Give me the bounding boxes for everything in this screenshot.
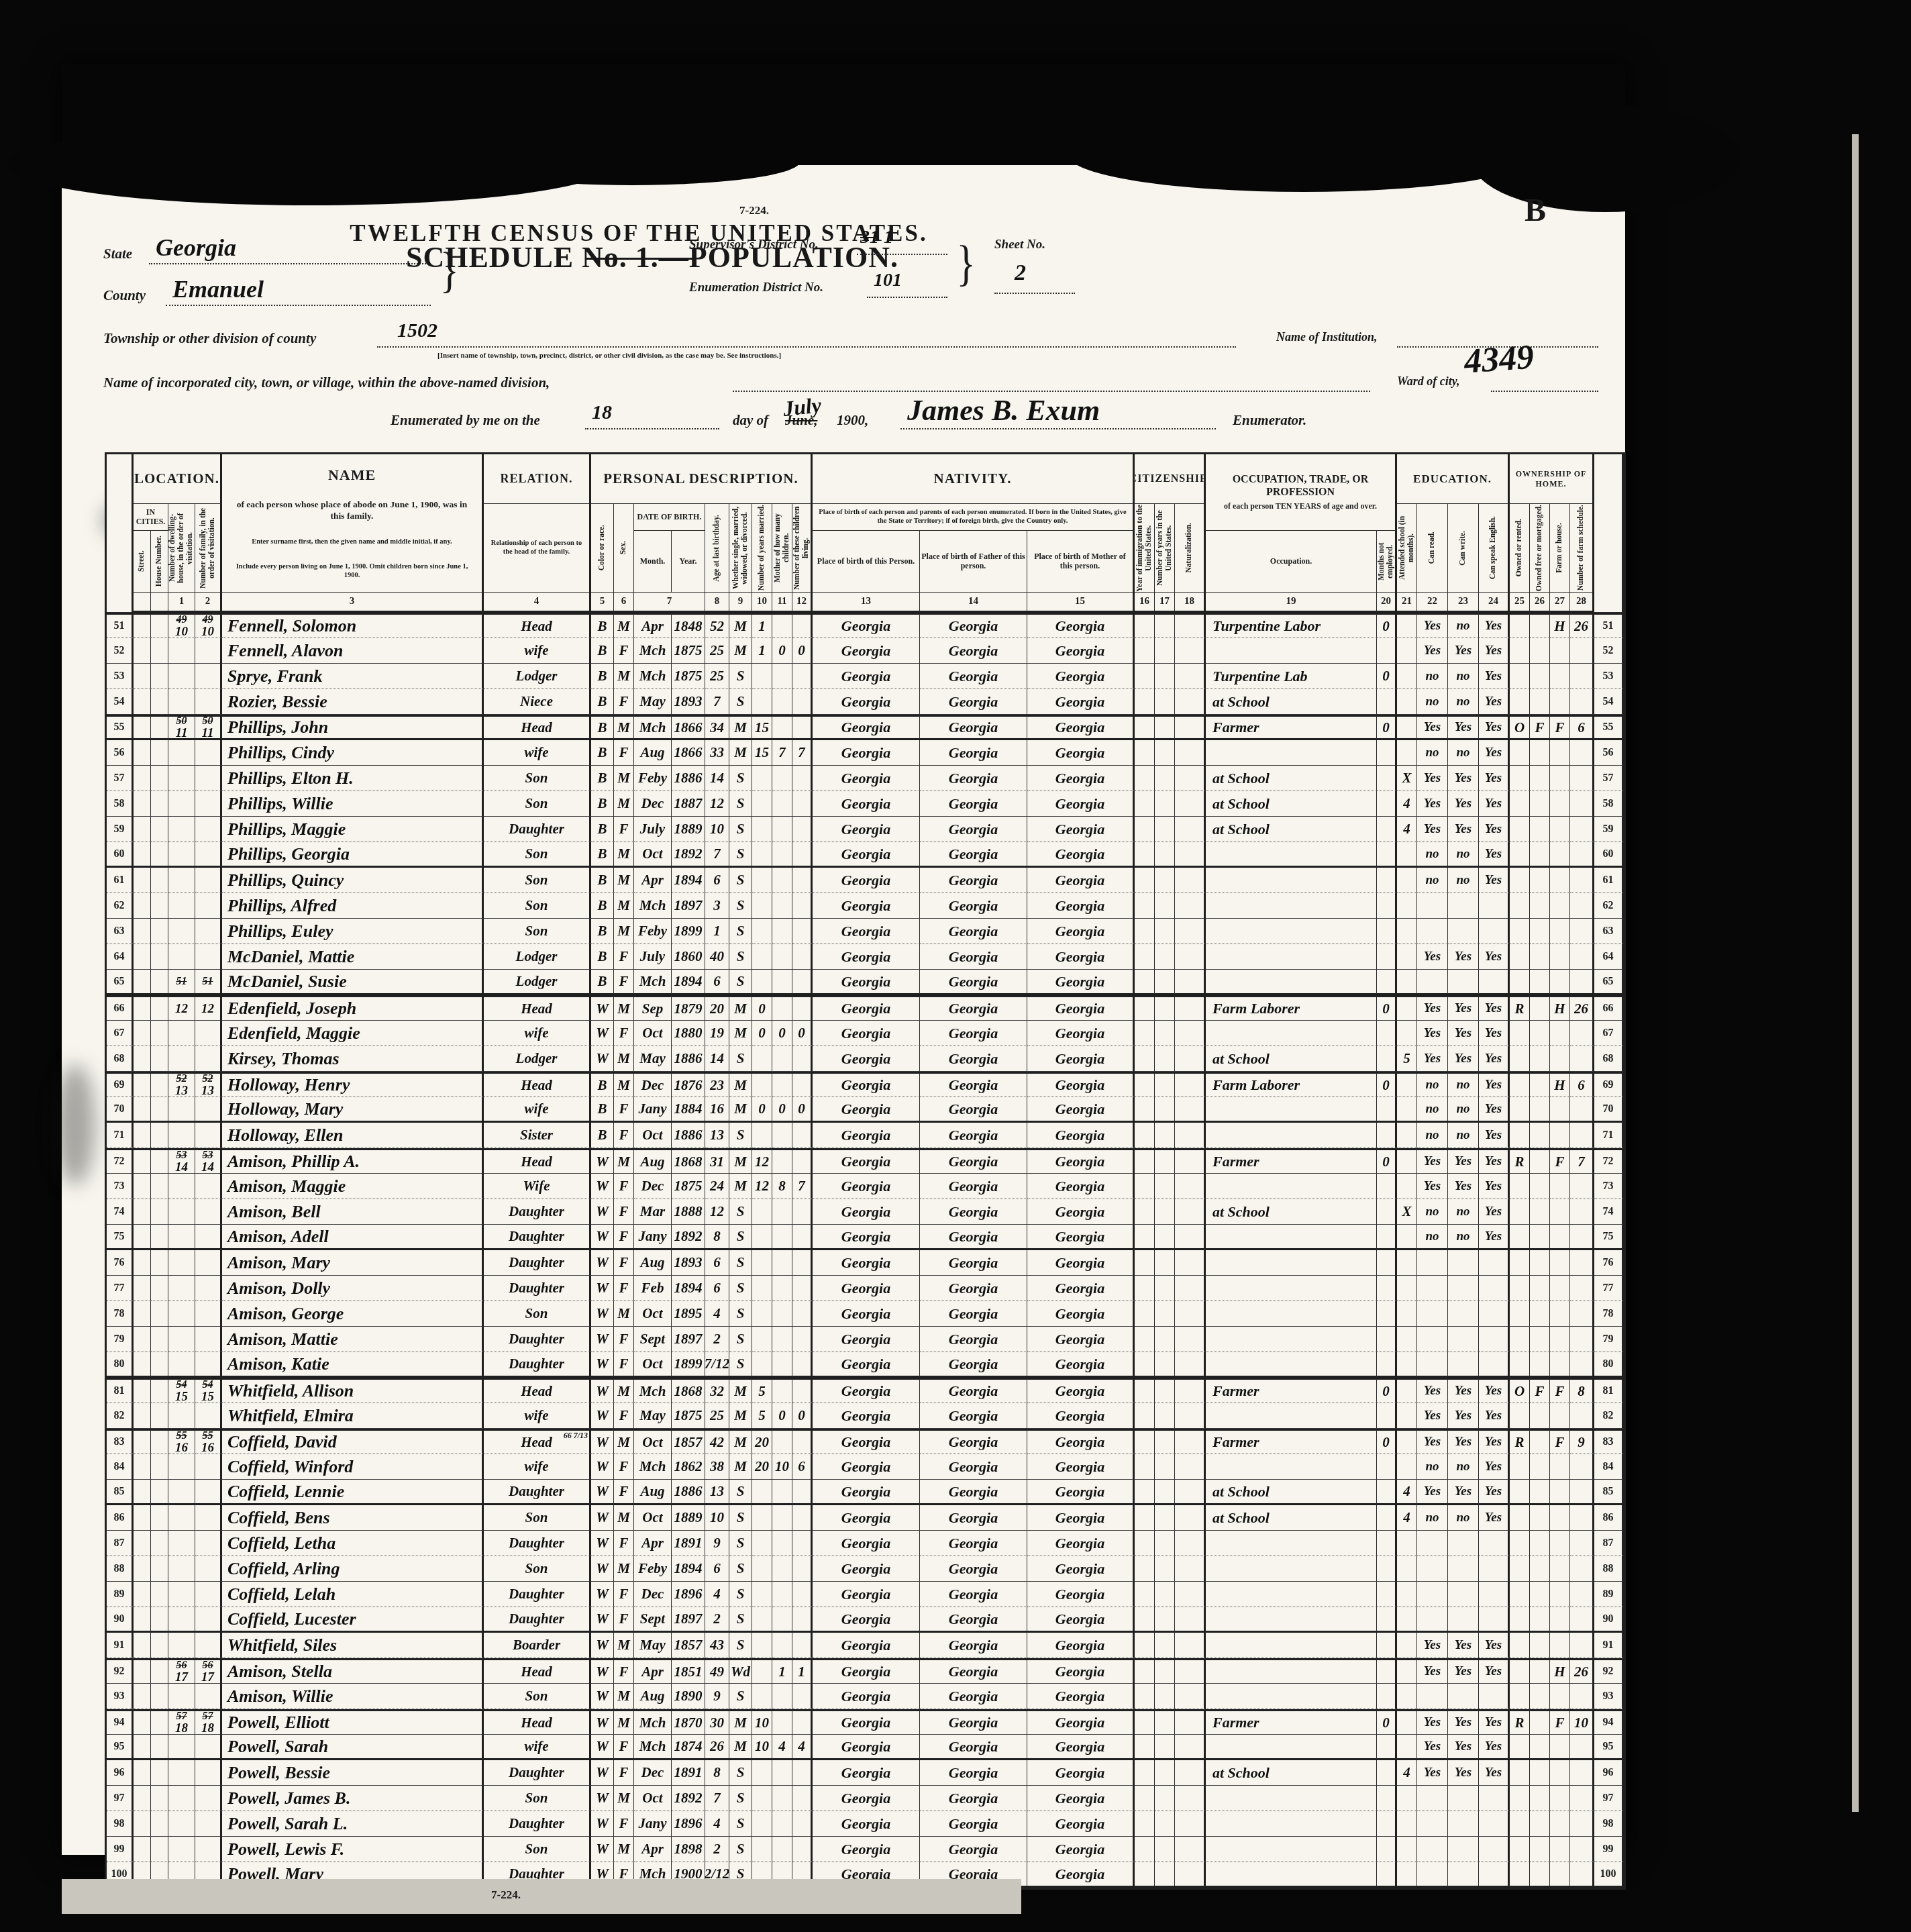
cell-birth-month: May xyxy=(634,1046,672,1072)
line-number-right: 75 xyxy=(1594,1225,1624,1250)
cell-occupation: at School xyxy=(1206,689,1377,715)
cell-years-married: 20 xyxy=(752,1429,772,1454)
cell-street xyxy=(134,868,151,893)
cell-naturalization xyxy=(1175,1352,1206,1378)
cell-house-number xyxy=(151,766,168,791)
dwelling-old: 53 xyxy=(176,1150,187,1161)
cell-can-read xyxy=(1417,1607,1448,1633)
cell-months-not-employed xyxy=(1377,1301,1397,1327)
cell-age: 26 xyxy=(705,1735,729,1760)
cell-birthplace-mother: Georgia xyxy=(1027,970,1135,995)
cell-farm-schedule xyxy=(1570,817,1594,842)
cell-name: Phillips, Alfred xyxy=(222,893,484,919)
cell-street xyxy=(134,817,151,842)
cell-name: Powell, Sarah L. xyxy=(222,1811,484,1837)
cell-occupation xyxy=(1206,638,1377,664)
cell-birthplace-father: Georgia xyxy=(920,1301,1027,1327)
cell-immigration-year xyxy=(1135,1378,1155,1403)
cell-owned-rented xyxy=(1510,1123,1530,1148)
cell-occupation xyxy=(1206,1582,1377,1607)
header-attended-school-label: Attended school (in months). xyxy=(1398,504,1416,592)
cell-naturalization xyxy=(1175,1148,1206,1174)
header-years-married: Number of years married. xyxy=(752,504,772,593)
column-number-16: 16 xyxy=(1135,593,1155,613)
cell-farm-schedule xyxy=(1570,944,1594,970)
cell-farm-schedule xyxy=(1570,1097,1594,1123)
cell-age: 52 xyxy=(705,613,729,638)
cell-sex: M xyxy=(614,1046,634,1072)
cell-immigration-year xyxy=(1135,1684,1155,1709)
cell-can-speak-english xyxy=(1479,1327,1510,1352)
cell-marital-status: S xyxy=(729,817,752,842)
cell-years-in-us xyxy=(1155,1072,1175,1097)
cell-farm-schedule xyxy=(1570,1276,1594,1301)
cell-relation: Son xyxy=(484,1837,591,1862)
cell-naturalization xyxy=(1175,689,1206,715)
cell-birthplace-person: Georgia xyxy=(813,664,920,689)
cell-owned-free-mortgaged xyxy=(1530,1352,1550,1378)
cell-birth-year: 1857 xyxy=(672,1633,705,1658)
cell-can-write: Yes xyxy=(1448,766,1479,791)
dwelling-old: 51 xyxy=(176,976,187,987)
cell-street xyxy=(134,1582,151,1607)
cell-house-number xyxy=(151,638,168,664)
ward-line xyxy=(1491,391,1598,392)
header-can-speak-english-label: Can speak English. xyxy=(1489,516,1498,579)
dwelling-old: 57 xyxy=(176,1711,187,1722)
cell-farm-or-house xyxy=(1550,1582,1570,1607)
line-number-right: 73 xyxy=(1594,1174,1624,1199)
cell-can-write: no xyxy=(1448,868,1479,893)
cell-name: Phillips, Elton H. xyxy=(222,766,484,791)
cell-street xyxy=(134,1072,151,1097)
cell-birth-month: Oct xyxy=(634,1786,672,1811)
cell-birthplace-father: Georgia xyxy=(920,1225,1027,1250)
cell-years-in-us xyxy=(1155,1352,1175,1378)
line-number-right: 62 xyxy=(1594,893,1624,919)
cell-age: 8 xyxy=(705,1760,729,1786)
cell-years-in-us xyxy=(1155,1174,1175,1199)
column-number-26: 26 xyxy=(1530,593,1550,613)
cell-mother-of-children xyxy=(772,1276,792,1301)
cell-relation: wife xyxy=(484,740,591,766)
cell-color-race: W xyxy=(591,1276,614,1301)
cell-can-write: Yes xyxy=(1448,817,1479,842)
cell-years-in-us xyxy=(1155,1811,1175,1837)
cell-occupation xyxy=(1206,919,1377,944)
cell-years-married xyxy=(752,868,772,893)
cell-naturalization xyxy=(1175,1735,1206,1760)
cell-immigration-year xyxy=(1135,1250,1155,1276)
county-value: Emanuel xyxy=(172,275,264,303)
cell-name: Amison, Stella xyxy=(222,1658,484,1684)
cell-birthplace-person: Georgia xyxy=(813,1301,920,1327)
line-number: 95 xyxy=(107,1735,134,1760)
cell-birth-month: May xyxy=(634,1633,672,1658)
cell-immigration-year xyxy=(1135,1403,1155,1429)
cell-sex: M xyxy=(614,766,634,791)
cell-owned-rented xyxy=(1510,1556,1530,1582)
cell-birthplace-mother: Georgia xyxy=(1027,1148,1135,1174)
cell-months-not-employed xyxy=(1377,1658,1397,1684)
cell-birthplace-mother: Georgia xyxy=(1027,1837,1135,1862)
cell-birth-month: Apr xyxy=(634,868,672,893)
cell-name: Amison, Maggie xyxy=(222,1174,484,1199)
cell-naturalization xyxy=(1175,1429,1206,1454)
cell-birth-year: 1898 xyxy=(672,1837,705,1862)
cell-relation: Daughter xyxy=(484,1607,591,1633)
cell-birthplace-person: Georgia xyxy=(813,893,920,919)
cell-birth-month: Apr xyxy=(634,1837,672,1862)
cell-years-in-us xyxy=(1155,1148,1175,1174)
cell-years-married: 0 xyxy=(752,995,772,1021)
cell-name: Coffield, Lennie xyxy=(222,1480,484,1505)
cell-dwelling-number xyxy=(168,638,195,664)
cell-birthplace-mother: Georgia xyxy=(1027,1480,1135,1505)
cell-color-race: W xyxy=(591,1327,614,1352)
cell-birth-year: 1894 xyxy=(672,1276,705,1301)
cell-sex: F xyxy=(614,1123,634,1148)
cell-children-living xyxy=(792,1199,813,1225)
census-table: LOCATION.IN CITIES.Street.House Number.N… xyxy=(105,452,1626,1890)
cell-sex: M xyxy=(614,1429,634,1454)
line-number-right: 57 xyxy=(1594,766,1624,791)
cell-birth-month: Jany xyxy=(634,1811,672,1837)
cell-family-number xyxy=(195,1684,222,1709)
cell-can-write xyxy=(1448,1276,1479,1301)
cell-farm-or-house xyxy=(1550,1276,1570,1301)
line-number: 94 xyxy=(107,1709,134,1735)
cell-owned-rented: R xyxy=(1510,1709,1530,1735)
cell-farm-schedule xyxy=(1570,1556,1594,1582)
cell-name: Amison, Dolly xyxy=(222,1276,484,1301)
cell-years-married xyxy=(752,944,772,970)
film-edge xyxy=(1852,134,1859,1812)
cell-relation: Daughter xyxy=(484,817,591,842)
cell-years-in-us xyxy=(1155,817,1175,842)
cell-can-read xyxy=(1417,1837,1448,1862)
family-old: 55 xyxy=(203,1431,213,1441)
header-street-label: Street. xyxy=(138,550,146,572)
cell-owned-free-mortgaged xyxy=(1530,664,1550,689)
cell-family-number: 5011 xyxy=(195,715,222,740)
cell-years-married xyxy=(752,1123,772,1148)
column-number-4: 4 xyxy=(484,593,591,613)
cell-occupation xyxy=(1206,1684,1377,1709)
cell-relation: Lodger xyxy=(484,664,591,689)
cell-family-number xyxy=(195,1582,222,1607)
line-number-right: 53 xyxy=(1594,664,1624,689)
cell-mother-of-children xyxy=(772,1225,792,1250)
column-number-20: 20 xyxy=(1377,593,1397,613)
cell-can-write: no xyxy=(1448,1454,1479,1480)
cell-marital-status: S xyxy=(729,1327,752,1352)
cell-birth-year: 1886 xyxy=(672,1480,705,1505)
cell-farm-or-house xyxy=(1550,919,1570,944)
cell-farm-schedule xyxy=(1570,1760,1594,1786)
cell-occupation xyxy=(1206,1174,1377,1199)
cell-birthplace-person: Georgia xyxy=(813,1021,920,1046)
cell-can-read xyxy=(1417,1250,1448,1276)
cell-name: Coffield, Lelah xyxy=(222,1582,484,1607)
cell-years-married: 12 xyxy=(752,1174,772,1199)
cell-age: 12 xyxy=(705,791,729,817)
cell-children-living xyxy=(792,1582,813,1607)
cell-naturalization xyxy=(1175,1276,1206,1301)
cell-naturalization xyxy=(1175,944,1206,970)
line-number-right: 82 xyxy=(1594,1403,1624,1429)
cell-years-in-us xyxy=(1155,740,1175,766)
cell-color-race: W xyxy=(591,1582,614,1607)
cell-can-read xyxy=(1417,1862,1448,1888)
cell-relation: Son xyxy=(484,1684,591,1709)
cell-marital-status: S xyxy=(729,1811,752,1837)
cell-family-number xyxy=(195,766,222,791)
cell-name: Powell, James B. xyxy=(222,1786,484,1811)
cell-sex: F xyxy=(614,1352,634,1378)
cell-mother-of-children xyxy=(772,1429,792,1454)
cell-naturalization xyxy=(1175,1837,1206,1862)
cell-years-in-us xyxy=(1155,715,1175,740)
cell-family-number: 51 xyxy=(195,970,222,995)
cell-sex: F xyxy=(614,1403,634,1429)
family-new: 16 xyxy=(201,1441,214,1454)
cell-dwelling-number xyxy=(168,766,195,791)
cell-marital-status: S xyxy=(729,1352,752,1378)
cell-farm-schedule xyxy=(1570,1454,1594,1480)
cell-years-married: 5 xyxy=(752,1403,772,1429)
cell-color-race: B xyxy=(591,1072,614,1097)
cell-owned-free-mortgaged xyxy=(1530,1403,1550,1429)
cell-relation: Daughter xyxy=(484,1760,591,1786)
cell-relation: Daughter xyxy=(484,1582,591,1607)
cell-can-write: Yes xyxy=(1448,995,1479,1021)
cell-color-race: W xyxy=(591,1480,614,1505)
cell-naturalization xyxy=(1175,1021,1206,1046)
cell-marital-status: S xyxy=(729,1760,752,1786)
cell-dwelling-number xyxy=(168,1837,195,1862)
cell-years-in-us xyxy=(1155,893,1175,919)
cell-owned-free-mortgaged xyxy=(1530,1097,1550,1123)
cell-attended-school xyxy=(1397,919,1417,944)
cell-dwelling-number: 51 xyxy=(168,970,195,995)
cell-family-number xyxy=(195,1556,222,1582)
cell-farm-or-house xyxy=(1550,740,1570,766)
column-number-27: 27 xyxy=(1550,593,1570,613)
district-brace: } xyxy=(957,236,976,293)
cell-farm-schedule xyxy=(1570,1123,1594,1148)
cell-owned-rented xyxy=(1510,1021,1530,1046)
cell-sex: F xyxy=(614,1760,634,1786)
cell-mother-of-children xyxy=(772,791,792,817)
cell-color-race: W xyxy=(591,1301,614,1327)
cell-birthplace-father: Georgia xyxy=(920,893,1027,919)
cell-farm-schedule xyxy=(1570,1046,1594,1072)
signature-line xyxy=(900,428,1216,429)
column-number-8: 8 xyxy=(705,593,729,613)
cell-attended-school xyxy=(1397,1225,1417,1250)
family-old: 51 xyxy=(203,976,213,987)
cell-color-race: W xyxy=(591,1658,614,1684)
cell-years-in-us xyxy=(1155,638,1175,664)
cell-house-number xyxy=(151,919,168,944)
cell-birth-month: Mar xyxy=(634,1199,672,1225)
cell-years-married xyxy=(752,1276,772,1301)
cell-owned-rented xyxy=(1510,1531,1530,1556)
cell-attended-school xyxy=(1397,1021,1417,1046)
cell-naturalization xyxy=(1175,1454,1206,1480)
township-value: 1502 xyxy=(397,319,437,342)
cell-birthplace-person: Georgia xyxy=(813,1633,920,1658)
cell-years-married xyxy=(752,1684,772,1709)
cell-age: 19 xyxy=(705,1021,729,1046)
header-children-living-label: Number of these children living. xyxy=(793,504,811,592)
cell-sex: M xyxy=(614,868,634,893)
cell-house-number xyxy=(151,1607,168,1633)
cell-name: Edenfield, Maggie xyxy=(222,1021,484,1046)
cell-owned-free-mortgaged xyxy=(1530,919,1550,944)
cell-owned-rented xyxy=(1510,1199,1530,1225)
column-number-15: 15 xyxy=(1027,593,1135,613)
cell-can-read xyxy=(1417,1582,1448,1607)
cell-house-number xyxy=(151,1480,168,1505)
cell-marital-status: M xyxy=(729,1429,752,1454)
cell-birthplace-father: Georgia xyxy=(920,766,1027,791)
cell-farm-or-house xyxy=(1550,1505,1570,1531)
cell-marital-status: M xyxy=(729,1021,752,1046)
cell-color-race: W xyxy=(591,1199,614,1225)
education-header: EDUCATION. xyxy=(1397,454,1510,504)
cell-children-living xyxy=(792,1837,813,1862)
cell-mother-of-children xyxy=(772,1709,792,1735)
cell-birth-year: 1890 xyxy=(672,1684,705,1709)
cell-farm-schedule xyxy=(1570,1199,1594,1225)
cell-can-speak-english: Yes xyxy=(1479,613,1510,638)
cell-birthplace-father: Georgia xyxy=(920,1327,1027,1352)
cell-mother-of-children xyxy=(772,1352,792,1378)
cell-birth-month: Mch xyxy=(634,893,672,919)
cell-occupation: Farmer xyxy=(1206,1709,1377,1735)
cell-relation: Son xyxy=(484,842,591,868)
cell-can-speak-english xyxy=(1479,1786,1510,1811)
cell-naturalization xyxy=(1175,1225,1206,1250)
township-note: [Insert name of township, town, precinct… xyxy=(437,352,781,360)
cell-birth-year: 1889 xyxy=(672,1505,705,1531)
cell-can-speak-english: Yes xyxy=(1479,1505,1510,1531)
cell-dwelling-number xyxy=(168,1760,195,1786)
cell-house-number xyxy=(151,1199,168,1225)
cell-birth-year: 1891 xyxy=(672,1531,705,1556)
cell-can-speak-english: Yes xyxy=(1479,638,1510,664)
cell-street xyxy=(134,664,151,689)
line-number-right: 95 xyxy=(1594,1735,1624,1760)
cell-years-in-us xyxy=(1155,1684,1175,1709)
header-years-in-us: Number of years in the United States. xyxy=(1155,504,1175,593)
cell-months-not-employed xyxy=(1377,944,1397,970)
cell-birth-month: Oct xyxy=(634,1352,672,1378)
cell-farm-schedule xyxy=(1570,1021,1594,1046)
cell-attended-school: 4 xyxy=(1397,1480,1417,1505)
cell-can-write: Yes xyxy=(1448,1480,1479,1505)
family-new: 17 xyxy=(201,1671,214,1684)
cell-marital-status: S xyxy=(729,842,752,868)
cell-months-not-employed xyxy=(1377,1021,1397,1046)
cell-years-in-us xyxy=(1155,1709,1175,1735)
cell-mother-of-children xyxy=(772,1531,792,1556)
cell-birthplace-mother: Georgia xyxy=(1027,1582,1135,1607)
cell-farm-schedule xyxy=(1570,664,1594,689)
dwelling-new: 14 xyxy=(175,1161,188,1174)
cell-color-race: B xyxy=(591,715,614,740)
header-house-number: House Number. xyxy=(151,531,168,593)
cell-age: 2 xyxy=(705,1327,729,1352)
cell-birth-month: July xyxy=(634,817,672,842)
cell-can-write: no xyxy=(1448,1199,1479,1225)
cell-sex: F xyxy=(614,970,634,995)
cell-birth-year: 1892 xyxy=(672,842,705,868)
cell-birth-year: 1894 xyxy=(672,1556,705,1582)
cell-relation: Head xyxy=(484,1072,591,1097)
cell-months-not-employed xyxy=(1377,1531,1397,1556)
cell-owned-rented: O xyxy=(1510,715,1530,740)
cell-dwelling-number: 5718 xyxy=(168,1709,195,1735)
cell-mother-of-children: 0 xyxy=(772,1097,792,1123)
cell-birthplace-mother: Georgia xyxy=(1027,1378,1135,1403)
cell-farm-or-house xyxy=(1550,944,1570,970)
stain xyxy=(55,1064,95,1185)
bottom-strip: 7-224. xyxy=(62,1879,1021,1914)
cell-marital-status: S xyxy=(729,1276,752,1301)
cell-can-read: Yes xyxy=(1417,1633,1448,1658)
cell-can-speak-english: Yes xyxy=(1479,740,1510,766)
cell-occupation xyxy=(1206,1021,1377,1046)
cell-farm-or-house xyxy=(1550,1199,1570,1225)
cell-family-number xyxy=(195,1403,222,1429)
cell-farm-schedule: 10 xyxy=(1570,1709,1594,1735)
cell-color-race: W xyxy=(591,1046,614,1072)
cell-street xyxy=(134,970,151,995)
cell-relation: Head xyxy=(484,715,591,740)
header-months-not-employed-label: Months not employed. xyxy=(1378,531,1395,592)
header-age: Age at last birthday. xyxy=(705,504,729,593)
cell-can-speak-english: Yes xyxy=(1479,1072,1510,1097)
header-owned-rented: Owned or rented. xyxy=(1510,504,1530,593)
header-marital-status-label: Whether single, married, widowed, or div… xyxy=(732,504,750,592)
cell-house-number xyxy=(151,1811,168,1837)
cell-sex: M xyxy=(614,1505,634,1531)
cell-birth-year: 1880 xyxy=(672,1021,705,1046)
cell-birthplace-mother: Georgia xyxy=(1027,1174,1135,1199)
cell-immigration-year xyxy=(1135,664,1155,689)
cell-birthplace-mother: Georgia xyxy=(1027,1811,1135,1837)
cell-owned-rented xyxy=(1510,1327,1530,1352)
cell-farm-or-house xyxy=(1550,970,1570,995)
cell-relation: Head xyxy=(484,1658,591,1684)
cell-relation: Daughter xyxy=(484,1225,591,1250)
cell-can-write xyxy=(1448,1684,1479,1709)
cell-years-in-us xyxy=(1155,1735,1175,1760)
cell-birth-month: Sept xyxy=(634,1607,672,1633)
cell-birthplace-mother: Georgia xyxy=(1027,1123,1135,1148)
cell-years-in-us xyxy=(1155,1046,1175,1072)
column-number-14: 14 xyxy=(920,593,1027,613)
cell-family-number xyxy=(195,1633,222,1658)
relation-note: Relationship of each person to the head … xyxy=(484,504,591,593)
cell-farm-schedule xyxy=(1570,1327,1594,1352)
cell-can-write: Yes xyxy=(1448,715,1479,740)
dwelling-new: 12 xyxy=(175,1003,188,1015)
cell-farm-or-house xyxy=(1550,1225,1570,1250)
